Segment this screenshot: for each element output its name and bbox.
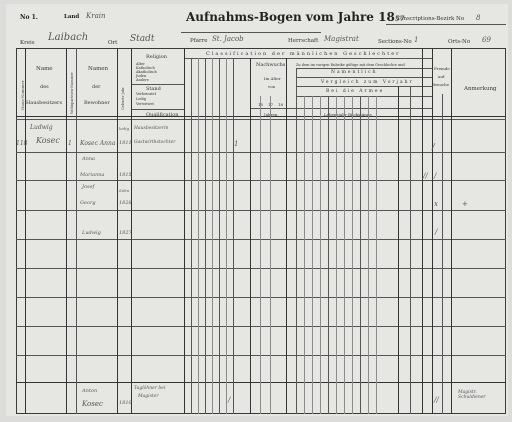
kreis-label: Kreis	[20, 40, 35, 46]
col-classification: Classification der männlichen Geschlecht…	[206, 51, 401, 57]
col-bewohner-1: Namen	[88, 66, 108, 72]
col-rule	[422, 48, 423, 414]
col-besitzer-3: Hausbesitzers	[26, 100, 62, 106]
col-rule	[376, 96, 377, 414]
sections-label: Sections-No	[378, 39, 412, 45]
religion-stand-rule	[131, 84, 184, 85]
col-bewohner-2: der	[92, 84, 101, 90]
row5-jahr: 1810	[119, 400, 132, 406]
sonstige-rule	[296, 68, 432, 69]
pfarre-value: St. Jacob	[212, 35, 244, 43]
herrschaft-label: Herrschaft	[288, 38, 318, 44]
col-rule	[304, 96, 305, 414]
classification-rule	[184, 58, 432, 59]
col-rule	[198, 58, 199, 414]
col-fremde-1: Fremde	[434, 66, 450, 72]
col-von: von	[268, 84, 275, 90]
row5-qual-1: Taglöhner bei	[134, 386, 165, 391]
row5-tally: //	[434, 396, 439, 404]
row5-anmerkung: Magistr. Schuldiener	[458, 390, 498, 400]
col-rule	[312, 96, 313, 414]
col-qualification: Qualification	[146, 112, 178, 118]
col-rule	[184, 48, 185, 414]
col-rule	[368, 96, 369, 414]
row1-partei: 1	[68, 140, 72, 147]
row3-jahr-note: Sohn	[119, 188, 129, 193]
land-label: Land	[64, 14, 79, 20]
orts-label: Orts-No	[448, 39, 470, 45]
year-row-rule	[250, 108, 432, 109]
conscription-value: 8	[476, 14, 480, 22]
ort-label: Ort	[108, 40, 117, 46]
row1-jahr-note: ledig	[119, 126, 129, 131]
col-rule	[398, 86, 399, 414]
kreis-value: Laibach	[48, 32, 88, 43]
col-rule	[320, 96, 321, 414]
stand-rows: Verheiratet Ledig Verwitwet	[136, 92, 156, 107]
stand-row: Verwitwet	[136, 102, 156, 107]
row3-jahr: 1828	[119, 200, 132, 206]
col-wohnpartei: Wohnparteien-Nummer	[70, 72, 74, 114]
col-rule	[296, 68, 297, 414]
col-rule	[191, 58, 192, 414]
col-fremde-3: Besuche	[432, 82, 449, 88]
row1-jahr: 1811	[119, 140, 132, 146]
herrschaft-value: Magistrat	[324, 35, 359, 43]
col-rule	[432, 48, 433, 414]
orts-value: 69	[482, 36, 491, 44]
col-rule	[442, 94, 443, 414]
col-rule	[219, 58, 220, 414]
col-religion: Religion	[146, 54, 167, 60]
col-rule	[226, 58, 227, 414]
row4-bewohner: Ludwig	[82, 230, 101, 236]
conscription-rule	[386, 24, 506, 25]
stand-qual-rule	[131, 109, 184, 110]
religion-rows: Alter Katholisch Akatholisch Juden Ander…	[136, 62, 157, 82]
row1-tally: 1	[234, 140, 238, 148]
vergleich-rule	[296, 86, 432, 87]
year-prefix: 18	[378, 10, 395, 24]
col-rule	[117, 48, 118, 414]
row4-tally: /	[435, 228, 437, 236]
col-fremde-2: auf	[438, 74, 444, 80]
namentlich-rule	[296, 77, 432, 78]
row2-tally: /	[434, 172, 436, 180]
row5-qual-2: Magister	[138, 394, 159, 399]
col-armee: Bei die Armee	[326, 89, 384, 95]
row1-haus-nr: 118	[16, 140, 27, 147]
conscription-label: Conscriptions-Bezirk No	[396, 16, 464, 22]
row3-bewohner-1: Josef	[82, 184, 94, 190]
col-rule	[344, 96, 345, 414]
col-rule	[250, 58, 251, 414]
col-im-alter: Im Alter	[264, 76, 281, 82]
row2-jahr: 1815	[119, 172, 132, 178]
col-rule	[66, 48, 67, 414]
col-rule	[260, 96, 261, 414]
col-anmerkung: Anmerkung	[464, 86, 497, 92]
sections-value: 1	[414, 36, 418, 44]
col-rule	[336, 96, 337, 414]
col-besitzer-1: Name	[36, 66, 53, 72]
form-title: Aufnahms-Bogen vom Jahre 1857	[186, 10, 405, 24]
row1-bewohner: Kosec Anna	[80, 140, 115, 147]
land-value: Krain	[86, 12, 106, 20]
pfarre-label: Pfarre	[190, 38, 208, 44]
sheet-number: No 1.	[20, 14, 38, 21]
row4-jahr: 1827	[119, 230, 132, 236]
row2-tally: //	[423, 172, 428, 180]
religion-row: Andere	[136, 78, 157, 82]
col-lebensjahr: Lebensjahr Rückstände	[324, 112, 372, 118]
col-rule	[328, 96, 329, 414]
row1-qual-2: Gastwirthstochter	[134, 140, 175, 145]
row1-besitzer-1: Ludwig	[30, 124, 53, 131]
row3-tally: x	[434, 200, 438, 208]
col-rule	[360, 96, 361, 414]
col-rule	[205, 58, 206, 414]
row5-bewohner-1: Anton	[82, 388, 97, 394]
col-rule	[233, 58, 234, 414]
title-underline	[181, 32, 321, 33]
col-rule	[286, 58, 287, 414]
row1-besitzer-2: Kosec	[36, 136, 60, 145]
row5-bewohner-2: Kosec	[82, 400, 103, 408]
col-bewohner-3: Bewohner	[84, 100, 110, 106]
col-rule	[352, 96, 353, 414]
col-rule	[76, 48, 77, 414]
armee-rule	[296, 96, 432, 97]
col-rule	[410, 86, 411, 414]
row5-tally: /	[228, 396, 230, 404]
col-geburtsjahr: Geburts-Jahr	[121, 87, 125, 110]
row2-bewohner: Marianna	[80, 172, 105, 178]
row3-bewohner-2: Georg	[80, 200, 96, 206]
col-namentlich: Namentlich	[331, 70, 378, 76]
col-rule	[212, 58, 213, 414]
row1-qual-1: Hausbesitzerin	[134, 126, 168, 131]
col-nachwuchs: Nachwuchs	[256, 62, 285, 68]
col-rule	[25, 48, 26, 414]
row3-tally: +	[462, 200, 468, 208]
col-rule	[451, 48, 452, 414]
col-rule	[270, 96, 271, 414]
form-title-text: Aufnahms-Bogen vom Jahre	[186, 10, 374, 24]
row1-tally: /	[432, 142, 435, 151]
census-sheet: No 1. Land Krain Aufnahms-Bogen vom Jahr…	[6, 4, 508, 416]
row1-bewohner-line2: Anna	[82, 156, 95, 162]
col-besitzer-2: des	[40, 84, 49, 90]
ort-value: Stadt	[130, 34, 155, 44]
